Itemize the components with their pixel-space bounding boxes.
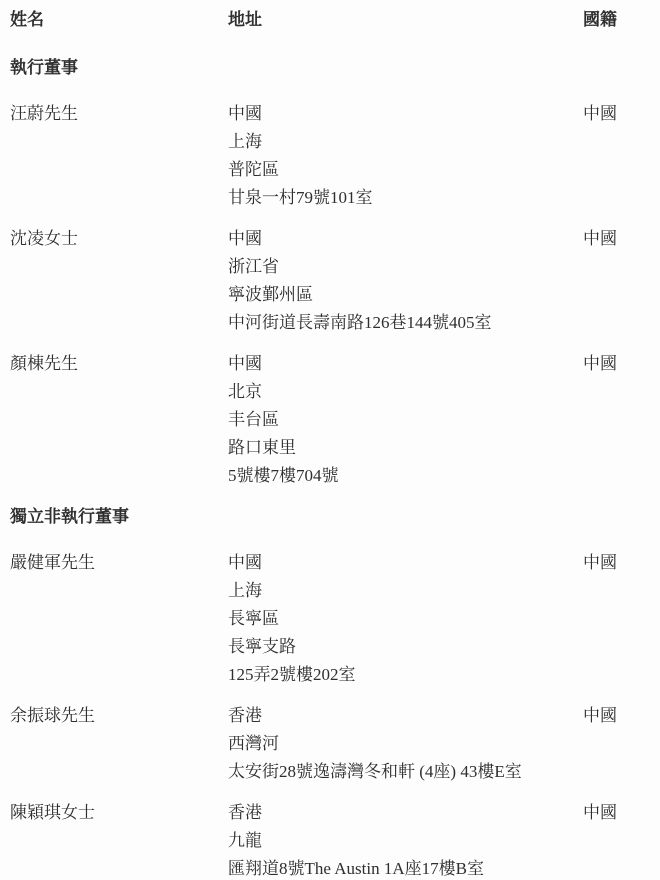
director-address: 香港 九龍 匯翔道8號The Austin 1A座17樓B室 [228,799,583,880]
address-line: 中國 [228,350,583,378]
directors-table: 姓名 地址 國籍 執行董事 汪蔚先生 中國 上海 普陀區 甘泉一村79號101室… [0,0,660,880]
table-row: 陳穎琪女士 香港 九龍 匯翔道8號The Austin 1A座17樓B室 中國 [10,799,650,880]
column-header-nationality: 國籍 [583,6,650,34]
director-address: 中國 上海 長寧區 長寧支路 125弄2號樓202室 [228,549,583,689]
address-line: 125弄2號樓202室 [228,661,583,689]
address-line: 普陀區 [228,156,583,184]
director-name: 余振球先生 [10,702,228,730]
director-address: 中國 上海 普陀區 甘泉一村79號101室 [228,100,583,212]
director-name: 沈凌女士 [10,225,228,253]
director-nationality: 中國 [583,549,650,577]
table-row: 余振球先生 香港 西灣河 太安街28號逸濤灣冬和軒 (4座) 43樓E室 中國 [10,702,650,786]
table-header: 姓名 地址 國籍 [10,6,650,34]
table-row: 汪蔚先生 中國 上海 普陀區 甘泉一村79號101室 中國 [10,100,650,212]
address-line: 匯翔道8號The Austin 1A座17樓B室 [228,855,583,880]
address-line: 丰台區 [228,406,583,434]
address-line: 5號樓7樓704號 [228,462,583,490]
director-address: 香港 西灣河 太安街28號逸濤灣冬和軒 (4座) 43樓E室 [228,702,583,786]
director-name: 嚴健軍先生 [10,549,228,577]
address-line: 寧波鄞州區 [228,281,583,309]
director-address: 中國 北京 丰台區 路口東里 5號樓7樓704號 [228,350,583,490]
column-header-name: 姓名 [10,6,228,34]
table-row: 顏棟先生 中國 北京 丰台區 路口東里 5號樓7樓704號 中國 [10,350,650,490]
address-line: 路口東里 [228,434,583,462]
address-line: 長寧區 [228,605,583,633]
address-line: 九龍 [228,827,583,855]
address-line: 甘泉一村79號101室 [228,184,583,212]
director-nationality: 中國 [583,702,650,730]
address-line: 浙江省 [228,253,583,281]
section-title-executive-directors: 執行董事 [10,54,650,82]
address-line: 中國 [228,225,583,253]
address-line: 北京 [228,378,583,406]
director-name: 陳穎琪女士 [10,799,228,827]
address-line: 中河街道長壽南路126巷144號405室 [228,309,583,337]
address-line: 西灣河 [228,730,583,758]
column-header-address: 地址 [228,6,583,34]
address-line: 香港 [228,799,583,827]
director-nationality: 中國 [583,100,650,128]
director-nationality: 中國 [583,799,650,827]
address-line: 上海 [228,128,583,156]
address-line: 中國 [228,100,583,128]
address-line: 上海 [228,577,583,605]
table-row: 沈凌女士 中國 浙江省 寧波鄞州區 中河街道長壽南路126巷144號405室 中… [10,225,650,337]
address-line: 長寧支路 [228,633,583,661]
section-title-independent-non-executive-directors: 獨立非執行董事 [10,503,650,531]
address-line: 中國 [228,549,583,577]
table-row: 嚴健軍先生 中國 上海 長寧區 長寧支路 125弄2號樓202室 中國 [10,549,650,689]
director-name: 汪蔚先生 [10,100,228,128]
director-address: 中國 浙江省 寧波鄞州區 中河街道長壽南路126巷144號405室 [228,225,583,337]
address-line: 香港 [228,702,583,730]
director-nationality: 中國 [583,350,650,378]
director-nationality: 中國 [583,225,650,253]
address-line: 太安街28號逸濤灣冬和軒 (4座) 43樓E室 [228,758,583,786]
director-name: 顏棟先生 [10,350,228,378]
